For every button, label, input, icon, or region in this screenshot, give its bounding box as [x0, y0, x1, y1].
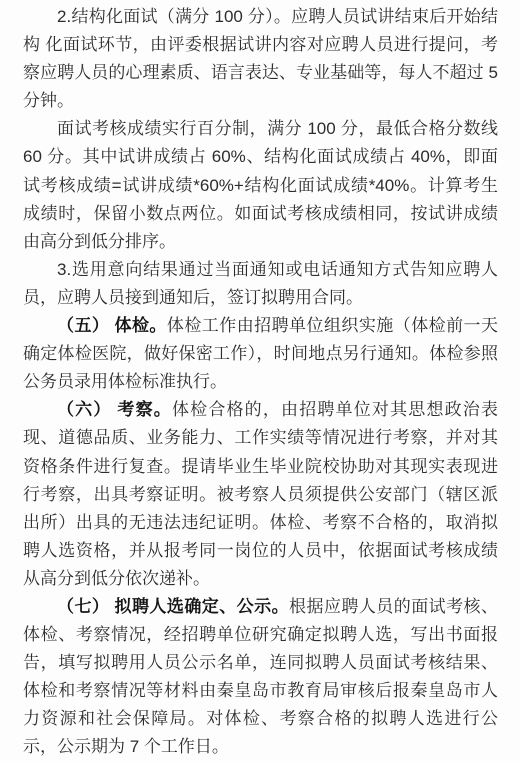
paragraph-selection-notice: 3.选用意向结果通过当面通知或电话通知方式告知应聘人员，应聘人员接到通知后，签订…: [23, 256, 498, 312]
paragraph-structured-interview: 2.结构化面试（满分 100 分）。应聘人员试讲结束后开始结构 化面试环节，由评…: [23, 3, 498, 115]
paragraph-interview-scoring: 面试考核成绩实行百分制，满分 100 分，最低合格分数线 60 分。其中试讲成绩…: [23, 115, 498, 255]
paragraph-text: 2.结构化面试（满分 100 分）。应聘人员试讲结束后开始结构 化面试环节，由评…: [23, 7, 498, 110]
paragraph-text: 面试考核成绩实行百分制，满分 100 分，最低合格分数线 60 分。其中试讲成绩…: [23, 119, 498, 250]
paragraph-lead: （六） 考察。: [57, 400, 172, 419]
paragraph-text: 根据应聘人员的面试考核、体检、考察情况，经招聘单位研究确定拟聘人选，写出书面报告…: [23, 597, 498, 756]
paragraph-text: 体检合格的，由招聘单位对其思想政治表现、道德品质、业务能力、工作实绩等情况进行考…: [23, 400, 498, 588]
paragraph-assessment: （六） 考察。体检合格的，由招聘单位对其思想政治表现、道德品质、业务能力、工作实…: [23, 396, 498, 593]
paragraph-candidate-publicity: （七） 拟聘人选确定、公示。根据应聘人员的面试考核、体检、考察情况，经招聘单位研…: [23, 593, 498, 761]
paragraph-text: 3.选用意向结果通过当面通知或电话通知方式告知应聘人员，应聘人员接到通知后，签订…: [23, 260, 498, 307]
document-page: 2.结构化面试（满分 100 分）。应聘人员试讲结束后开始结构 化面试环节，由评…: [0, 0, 520, 761]
paragraph-lead: （七） 拟聘人选确定、公示。: [57, 597, 289, 616]
paragraph-physical-exam: （五） 体检。体检工作由招聘单位组织实施（体检前一天确定体检医院，做好保密工作）…: [23, 312, 498, 396]
paragraph-lead: （五） 体检。: [57, 316, 167, 335]
